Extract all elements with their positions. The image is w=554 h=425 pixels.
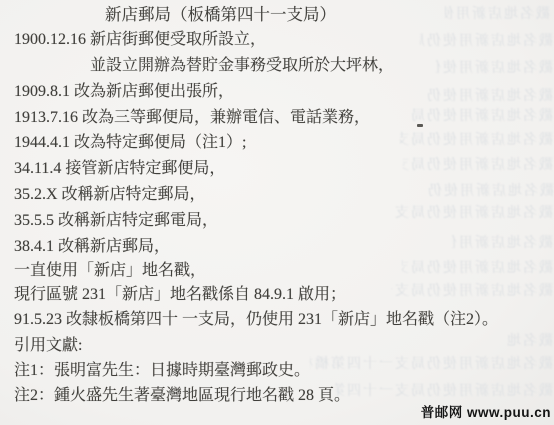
bleedthrough-row: 戳名地店新用使仍局支一十四第橋板隸改郵定特稱改局便郵等三為改 <box>310 356 553 374</box>
watermark: 普邮网 www.puu.cn <box>421 401 551 421</box>
document-line: 一直使用「新店」地名戳， <box>14 261 206 281</box>
document-title: 新店郵局（板橋第四十一支局） <box>105 5 336 25</box>
bleedthrough-row: 戳名地店新用使仍局支一十四第橋板隸改郵定特稱改局便郵等三為改 <box>391 283 553 301</box>
document-line: 91.5.23 改隸板橋第四十 一支局，仍使用 231「新店」地名戳（注2）。 <box>14 310 498 330</box>
reference-note: 注1：張明富先生：日據時期臺灣郵政史。 <box>14 361 310 381</box>
document-line: 1944.4.1 改為特定郵便局（注1）; <box>14 133 246 153</box>
document-line: 1900.12.16 新店街郵便受取所設立， <box>14 30 266 50</box>
document-line: 1913.7.16 改為三等郵便局，兼辦電信、電話業務， <box>14 108 370 128</box>
bleedthrough-row: 戳名地店新用使仍局支一十四第橋板隸改郵定特稱改局便郵等三為改 <box>403 157 553 175</box>
document-line: 38.4.1 改稱新店郵局， <box>14 237 170 257</box>
scanned-document-page: 戳名地店新用使仍局支一十四第橋板隸改郵定特稱改局便郵等三為改 戳名地店新用使仍局… <box>0 0 554 425</box>
bleedthrough-row: 戳名地店新用使仍局支一十四第橋板隸改郵定特稱改局便郵等三為改 <box>445 6 550 24</box>
bleedthrough-row: 戳名地店新用使仍局支一十四第橋板隸改郵定特稱改局便郵等三為改 <box>412 108 553 126</box>
bleedthrough-row: 戳名地店新用使仍局支一十四第橋板隸改郵定特稱改局便郵等三為改 <box>395 205 553 223</box>
bleedthrough-row: 戳名地店新用使仍局支一十四第橋板隸改郵定特稱改局便郵等三為改 <box>436 60 553 78</box>
bleedthrough-row: 戳名地店新用使仍局支一十四第橋板隸改郵定特稱改局便郵等三為改 <box>505 333 553 351</box>
bleedthrough-row: 戳名地店新用使仍局支一十四第橋板隸改郵定特稱改局便郵等三為改 <box>335 383 553 401</box>
bleedthrough-row: 戳名地店新用使仍局支一十四第橋板隸改郵定特稱改局便郵等三為改 <box>420 33 553 51</box>
document-line: 現行區號 231「新店」地名戳係自 84.9.1 啟用； <box>14 285 346 305</box>
bleedthrough-row: 戳名地店新用使仍局支一十四第橋板隸改郵定特稱改局便郵等三為改 <box>452 235 553 253</box>
document-line: 35.5.5 改稱新店特定郵電局， <box>14 211 218 231</box>
bleedthrough-row: 戳名地店新用使仍局支一十四第橋板隸改郵定特稱改局便郵等三為改 <box>402 260 553 278</box>
reference-note: 注2：鍾火盛先生著臺灣地區現行地名戳 28 頁。 <box>14 386 350 406</box>
bleedthrough-row: 戳名地店新用使仍局支一十四第橋板隸改郵定特稱改局便郵等三為改 <box>400 132 553 150</box>
scan-artifact <box>417 124 423 127</box>
document-line: 35.2.X 改稱新店特定郵局， <box>14 185 206 205</box>
document-line: 1909.8.1 改為新店郵便出張所， <box>14 82 234 102</box>
bleedthrough-row: 戳名地店新用使仍局支一十四第橋板隸改郵定特稱改局便郵等三為改 <box>428 88 553 106</box>
bleedthrough-row: 戳名地店新用使仍局支一十四第橋板隸改郵定特稱改局便郵等三為改 <box>428 183 554 201</box>
references-heading: 引用文獻: <box>14 336 82 356</box>
document-line: 34.11.4 接管新店特定郵便局， <box>14 159 225 179</box>
document-line: 並設立開辦為替貯金事務受取所於大坪林， <box>90 56 394 76</box>
